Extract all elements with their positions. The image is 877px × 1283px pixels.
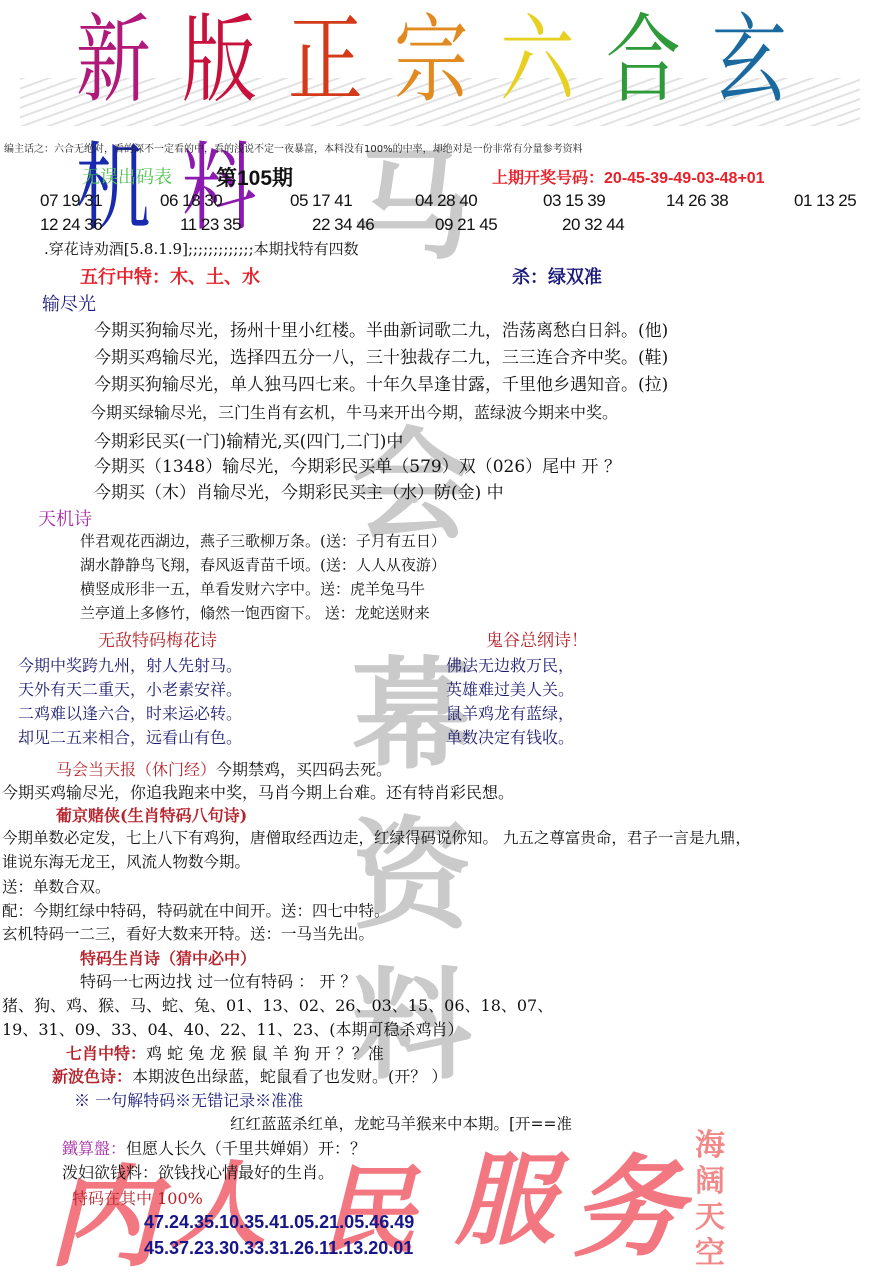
wave-poem-value: 本期波色出绿蓝，蛇鼠看了也发财。(开？ ） [132, 1067, 447, 1086]
side-watermark-char: 空 [690, 1236, 730, 1272]
iron-abacus-label: 鐵算盤： [62, 1139, 126, 1158]
wave-poem: 新波色诗：本期波色出绿蓝，蛇鼠看了也发财。(开？ ） [52, 1064, 447, 1087]
plum-poem-line: 却见二五来相合，远看山有色。 [18, 725, 242, 748]
wave-poem-label: 新波色诗： [52, 1067, 132, 1086]
zodiac-poem-line: 特码一七两边找 过一位有特码 ： 开 ？ [80, 969, 356, 992]
lose-all-line: 今期买（木）肖输尽光，今期彩民买主（水）防(金) 中 [94, 478, 504, 503]
code-group: 11 23 35 [180, 215, 241, 235]
guigu-poem-line: 单数决定有钱收。 [446, 725, 574, 748]
lose-all-line: 今期买鸡输尽光，选择四五分一八，三十独裁存二九，三三连合齐中奖。(鞋) [94, 343, 668, 368]
iron-abacus: 鐵算盤：但愿人长久（千里共婵娟）开：？ [62, 1136, 366, 1159]
tianji-line: 湖水静静鸟飞翔，春风返青苗千顷。(送：人人从夜游） [80, 554, 446, 575]
guigu-poem-line: 佛法无边救万民， [446, 653, 574, 676]
macau-gambler-mystic: 玄机特码一二三，看好大数来开特。送：一马当先出。 [2, 922, 374, 944]
editor-note: 编主话之：六合无绝对，看的深不一定看的中，看的浅说不定一夜暴富，本料没有100%… [4, 140, 583, 155]
code-group: 03 15 39 [543, 191, 605, 211]
title-char: 合 [600, 0, 683, 124]
brush-watermark-char: 服 [455, 1120, 555, 1264]
title-char: 宗 [388, 0, 471, 124]
code-group: 07 19 31 [40, 191, 102, 211]
code-group: 22 34 46 [312, 215, 374, 235]
horse-report-heading: 马会当天报（休门经） [56, 760, 216, 779]
code-group: 06 18 30 [160, 191, 222, 211]
code-group: 14 26 38 [666, 191, 728, 211]
iron-abacus-value: 但愿人长久（千里共婵娟）开：？ [126, 1139, 366, 1158]
code-group: 12 24 36 [40, 215, 102, 235]
lose-all-line: 今期买狗输尽光，单人独马四七来。十年久旱逢甘露，千里他乡遇知音。(拉) [94, 370, 668, 395]
code-group: 20 32 44 [562, 215, 624, 235]
tianji-line: 伴君观花西湖边，燕子三歌柳万条。(送：子月有五日） [80, 530, 446, 551]
special-row: 45.37.23.30.33.31.26.11.13.20.01 [144, 1238, 413, 1259]
money-poem-label: 泼妇欲钱料： [62, 1163, 158, 1182]
guigu-poem-line: 鼠羊鸡龙有蓝绿， [446, 701, 574, 724]
code-table-label: 无误出码表 [82, 163, 172, 189]
title-char: 版 [176, 0, 259, 124]
guigu-poem-heading: 鬼谷总纲诗！ [486, 626, 588, 651]
title-char: 玄 [706, 0, 789, 124]
guigu-poem-line: 英雄难过美人关。 [446, 677, 574, 700]
five-elements: 五行中特：木、土、水 [80, 263, 260, 289]
lose-all-line: 今期买绿输尽光，三门生肖有玄机，牛马来开出今期，蓝绿波今期来中奖。 [90, 400, 618, 423]
seven-zodiac-label: 七肖中特： [66, 1044, 146, 1063]
horse-report: 马会当天报（休门经）今期禁鸡，买四码去死。 [56, 757, 392, 780]
lose-all-heading: 输尽光 [42, 290, 96, 316]
plum-poem-line: 二鸡难以逢六合，时来运必转。 [18, 701, 242, 724]
lose-all-line: 今期买狗输尽光，扬州十里小红楼。半曲新词歌二九，浩荡离愁白日斜。(他) [94, 316, 668, 341]
zodiac-poem-heading: 特码生肖诗（猜中必中） [80, 946, 256, 969]
title-char: 新 [70, 0, 153, 124]
tianji-line: 兰亭道上多修竹，翛然一饱西窗下。 送：龙蛇送财来 [80, 602, 430, 623]
side-watermark-char: 天 [690, 1200, 730, 1236]
side-watermark-char: 海 [690, 1128, 730, 1164]
brush-watermark-char: 务 [572, 1120, 682, 1278]
lose-all-line: 今期彩民买(一门)输精光,买(四门,二门)中 [94, 427, 403, 452]
horse-report-text: 今期禁鸡，买四码去死。 [216, 760, 392, 779]
kill-hint: 杀：绿双准 [512, 263, 602, 289]
last-draw-label: 上期开奖号码： [492, 170, 604, 187]
special-row: 47.24.35.10.35.41.05.21.05.46.49 [144, 1212, 414, 1233]
lose-all-line: 今期买（1348）输尽光，今期彩民买单（579）双（026）尾中 开 ？ [94, 452, 621, 477]
last-draw: 上期开奖号码：20-45-39-49-03-48+01 [492, 165, 765, 188]
plum-poem-line: 今期中奖跨九州，射人先射马。 [18, 653, 242, 676]
code-group: 04 28 40 [415, 191, 477, 211]
title-char: 六 [494, 0, 577, 124]
zodiac-poem-line: 猪、狗、鸡、猴、马、蛇、兔、01、13、02、26、03、15、06、18、07… [2, 993, 553, 1016]
side-watermark-char: 阔 [690, 1164, 730, 1200]
issue-number: 第105期 [216, 162, 293, 192]
one-line-heading: ※ 一句解特码※无错记录※准准 [74, 1088, 303, 1111]
macau-gambler-line: 今期单数必定发，七上八下有鸡狗，唐僧取经西边走，红绿得码说你知。 九五之尊富贵命… [2, 826, 751, 848]
macau-gambler-pair: 配：今期红绿中特码，特码就在中间开。送：四七中特。 [2, 899, 390, 921]
last-draw-numbers: 20-45-39-49-03-48+01 [604, 170, 765, 187]
money-poem-value: 欲钱找心情最好的生肖。 [158, 1163, 334, 1182]
special-heading: 特码在其中 100% [72, 1186, 203, 1209]
seven-zodiac-value: 鸡 蛇 兔 龙 猴 鼠 羊 狗 开 ？？准 [146, 1044, 384, 1063]
macau-gambler-heading: 葡京赌侠(生肖特码八句诗) [56, 803, 247, 826]
plum-poem-line: 天外有天二重天，小老素安祥。 [18, 677, 242, 700]
code-group: 01 13 25 [794, 191, 856, 211]
hint-line: .穿花诗劝酒[5.8.1.9];;;;;;;;;;;;;本期找特有四数 [44, 238, 359, 259]
macau-gambler-line: 谁说东海无龙王，风流人物数今期。 [2, 850, 250, 872]
title-char: 正 [282, 0, 365, 124]
side-watermark: 海 阔 天 空 [690, 1128, 730, 1272]
money-poem: 泼妇欲钱料：欲钱找心情最好的生肖。 [62, 1160, 334, 1183]
plum-poem-heading: 无敌特码梅花诗 [98, 626, 217, 651]
horse-report-line: 今期买鸡输尽光，你追我跑来中奖，马肖今期上台难。还有特肖彩民想。 [2, 780, 514, 803]
tianji-line: 横竖成形非一五，单看发财六字中。送：虎羊兔马牛 [80, 578, 425, 599]
code-group: 05 17 41 [290, 191, 352, 211]
tianji-heading: 天机诗 [38, 505, 92, 531]
zodiac-poem-line: 19、31、09、33、04、40、22、11、23、(本期可稳杀鸡肖） [2, 1017, 463, 1040]
seven-zodiac: 七肖中特：鸡 蛇 兔 龙 猴 鼠 羊 狗 开 ？？准 [66, 1041, 384, 1064]
code-group: 09 21 45 [435, 215, 497, 235]
macau-gambler-send: 送：单数合双。 [2, 875, 111, 897]
